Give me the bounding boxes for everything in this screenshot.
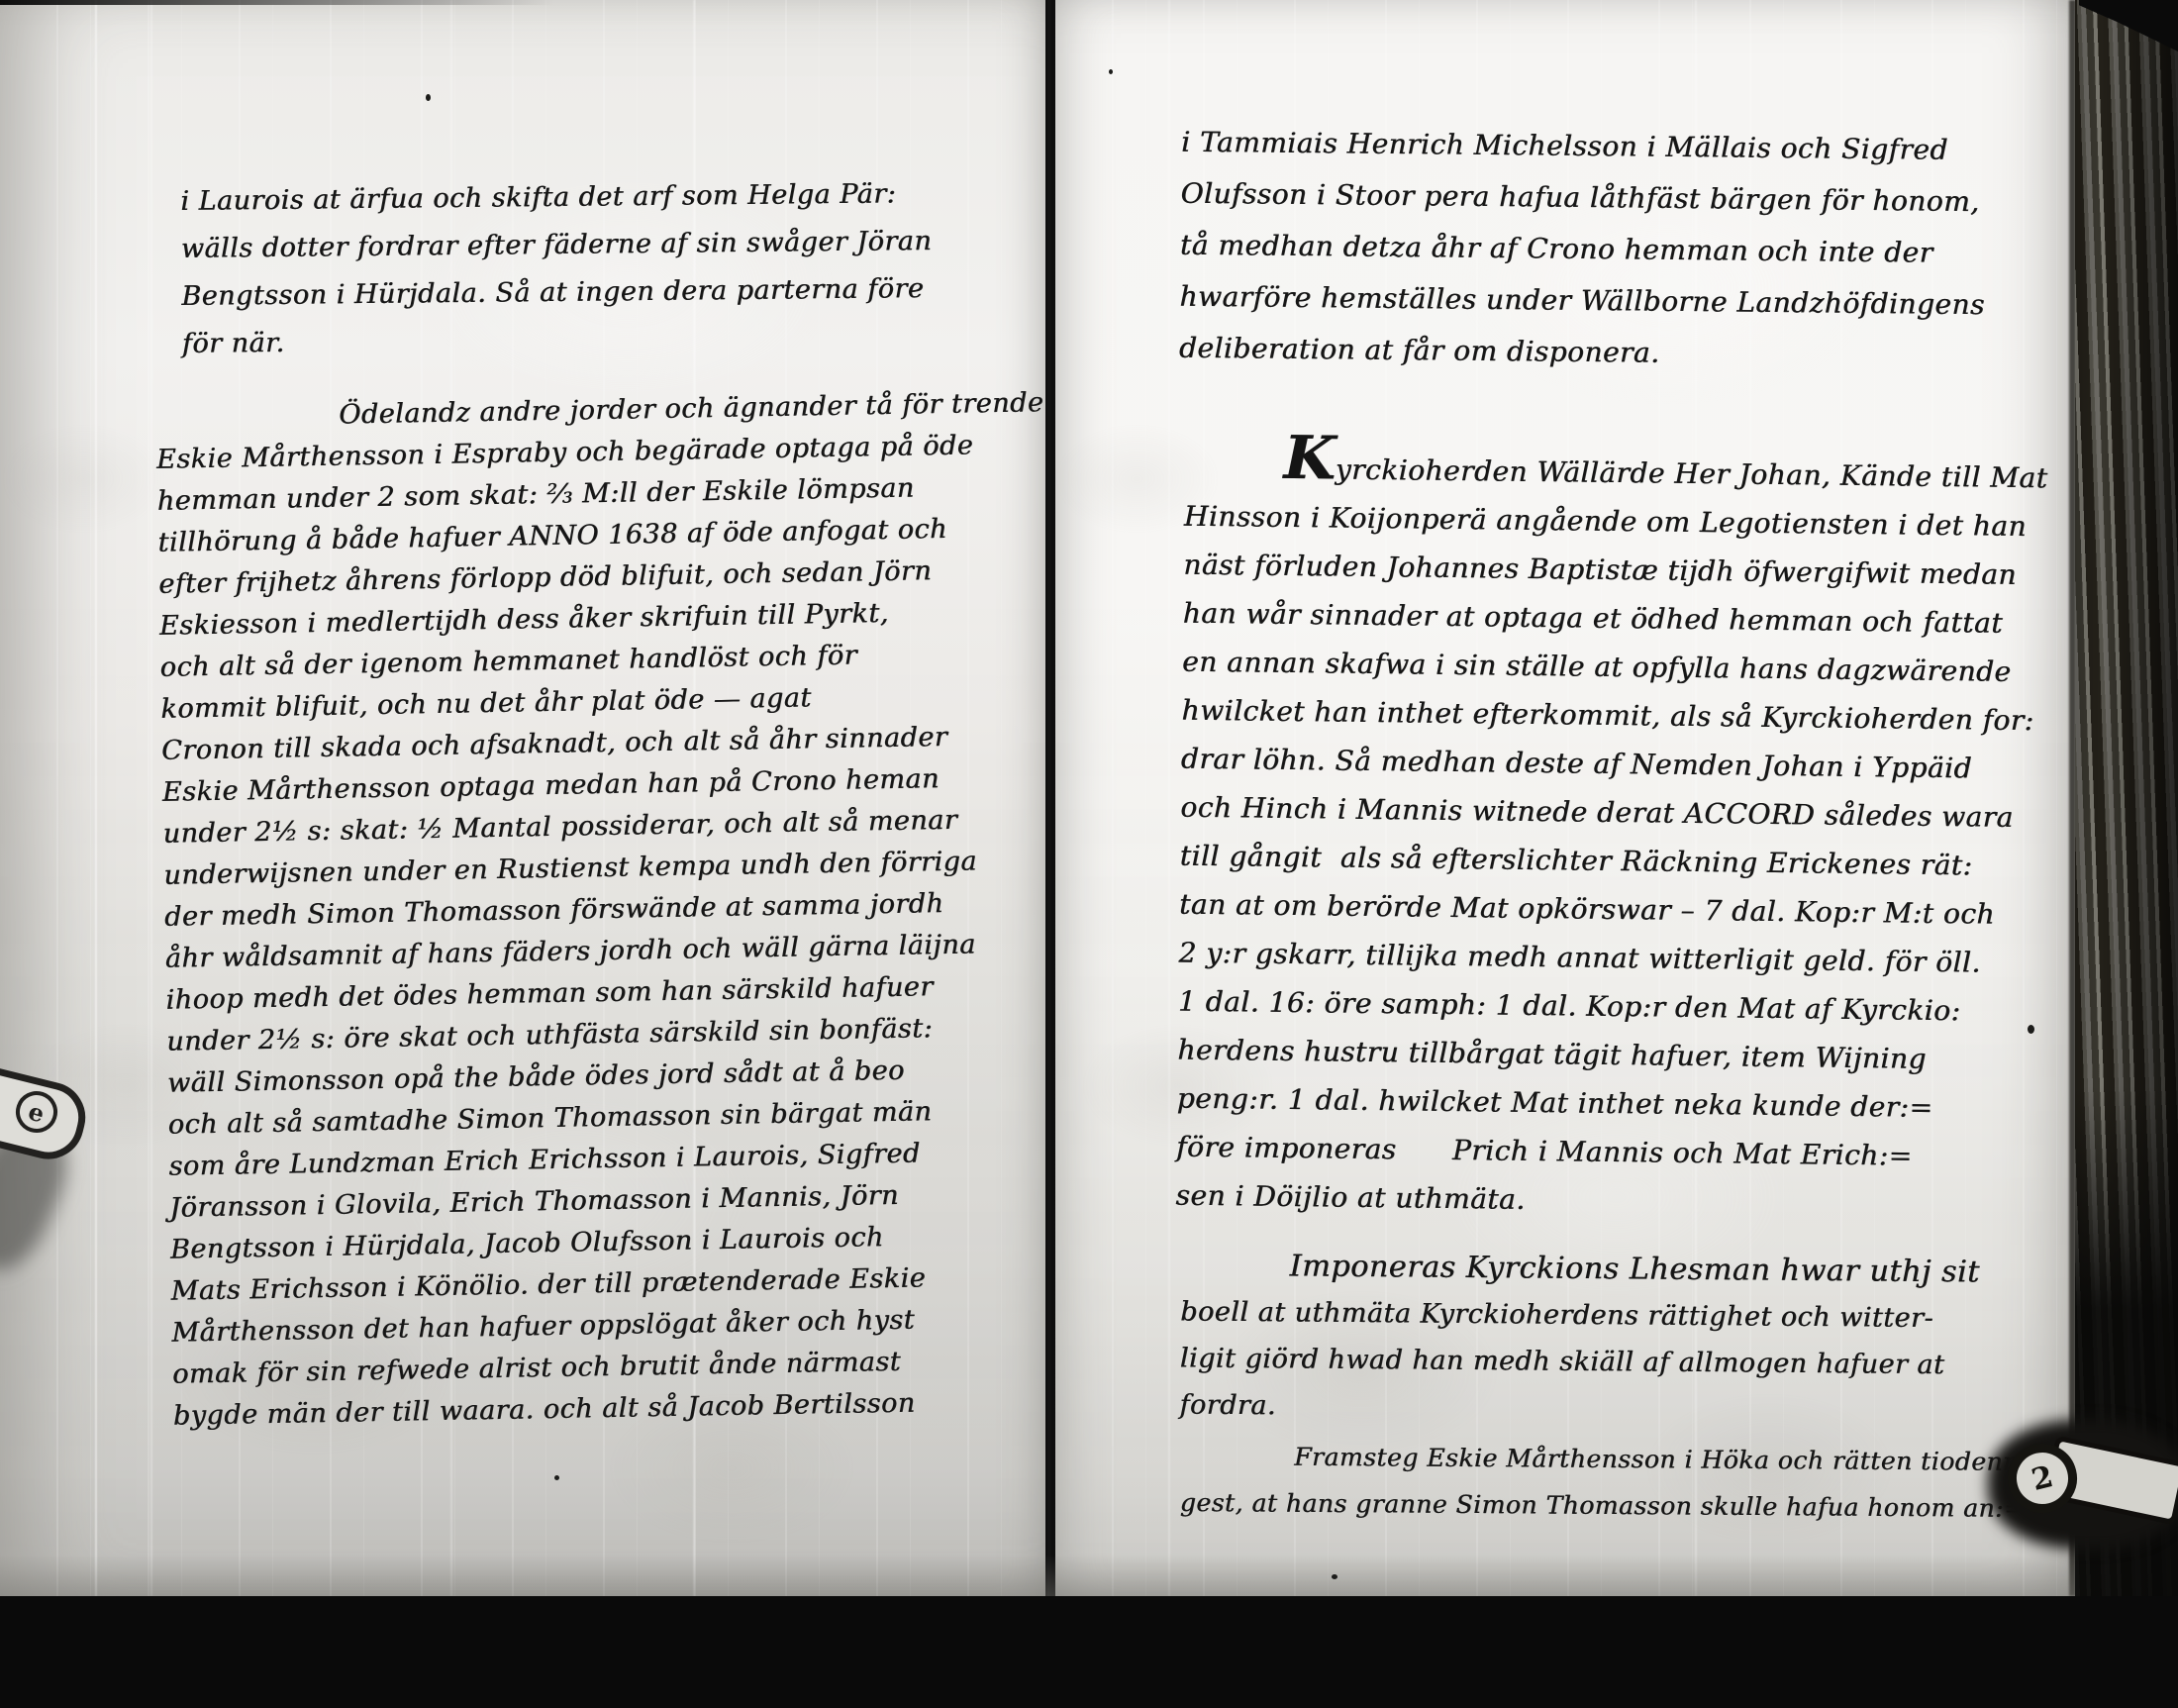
manuscript-line: wälls dotter fordrar efter fäderne af si…	[181, 218, 933, 273]
ink-speck	[426, 94, 431, 101]
manuscript-line: hwarföre hemställes under Wällborne Land…	[1179, 271, 1985, 332]
manuscript-line: fordra.	[1179, 1381, 1979, 1435]
manuscript-line: ligit giörd hwad han medh skiäll af allm…	[1180, 1335, 1980, 1388]
ink-speck	[554, 1475, 559, 1480]
page-bottom-edge	[0, 1555, 2075, 1598]
manuscript-line: Framsteg Eskie Mårthensson i Höka och rä…	[1180, 1433, 2034, 1485]
ink-speck	[1332, 1574, 1337, 1579]
left-page-paragraph-1: i Laurois at ärfua och skifta det arf so…	[180, 170, 933, 368]
manuscript-line: i Laurois at ärfua och skifta det arf so…	[180, 170, 932, 226]
manuscript-line: Olufsson i Stoor pera hafua låthfäst bär…	[1180, 168, 1986, 229]
manuscript-line: tå medhan detza åhr af Crono hemman och …	[1180, 220, 1986, 280]
manuscript-line: gest, at hans granne Simon Thomasson sku…	[1180, 1479, 2034, 1532]
microfilm-frame: i Laurois at ärfua och skifta det arf so…	[0, 0, 2178, 1708]
bottom-right-clip: 2	[1980, 1406, 2178, 1564]
left-edge-clip: e	[0, 1071, 99, 1220]
manuscript-line: boell at uthmäta Kyrckioherdens rättighe…	[1180, 1288, 1980, 1342]
film-scratch	[150, 0, 152, 1596]
film-frame-bottom-bar	[0, 1596, 2178, 1708]
manuscript-line: Bengtsson i Hürjdala. Så at ingen dera p…	[181, 265, 933, 321]
right-page-paragraph-3: Imponeras Kyrckions Lhesman hwar uthj si…	[1179, 1242, 1980, 1435]
right-page-paragraph-4: Framsteg Eskie Mårthensson i Höka och rä…	[1180, 1433, 2035, 1532]
book-binding-page-edges	[2075, 0, 2178, 1596]
left-clip-glyph: e	[25, 1096, 48, 1128]
right-clip-glyph: 2	[2029, 1458, 2057, 1497]
right-page-paragraph-1: i Tammiais Henrich Michelsson i Mällais …	[1179, 117, 1987, 383]
film-scratch	[95, 0, 97, 1596]
manuscript-line: Imponeras Kyrckions Lhesman hwar uthj si…	[1180, 1242, 1980, 1295]
left-page-paragraph-2: Ödelandz andre jorder och ägnander tå fö…	[155, 382, 1061, 1437]
right-page-paragraph-2: Kyrckioherden Wällärde Her Johan, Kände …	[1175, 443, 2047, 1231]
manuscript-line: för när.	[182, 313, 934, 368]
manuscript-line: i Tammiais Henrich Michelsson i Mällais …	[1181, 117, 1987, 177]
manuscript-line: deliberation at får om disponera.	[1179, 323, 1985, 383]
ink-speck	[1109, 69, 1113, 74]
film-scratch	[1168, 0, 1170, 1596]
film-frame-top-edge	[0, 0, 554, 5]
